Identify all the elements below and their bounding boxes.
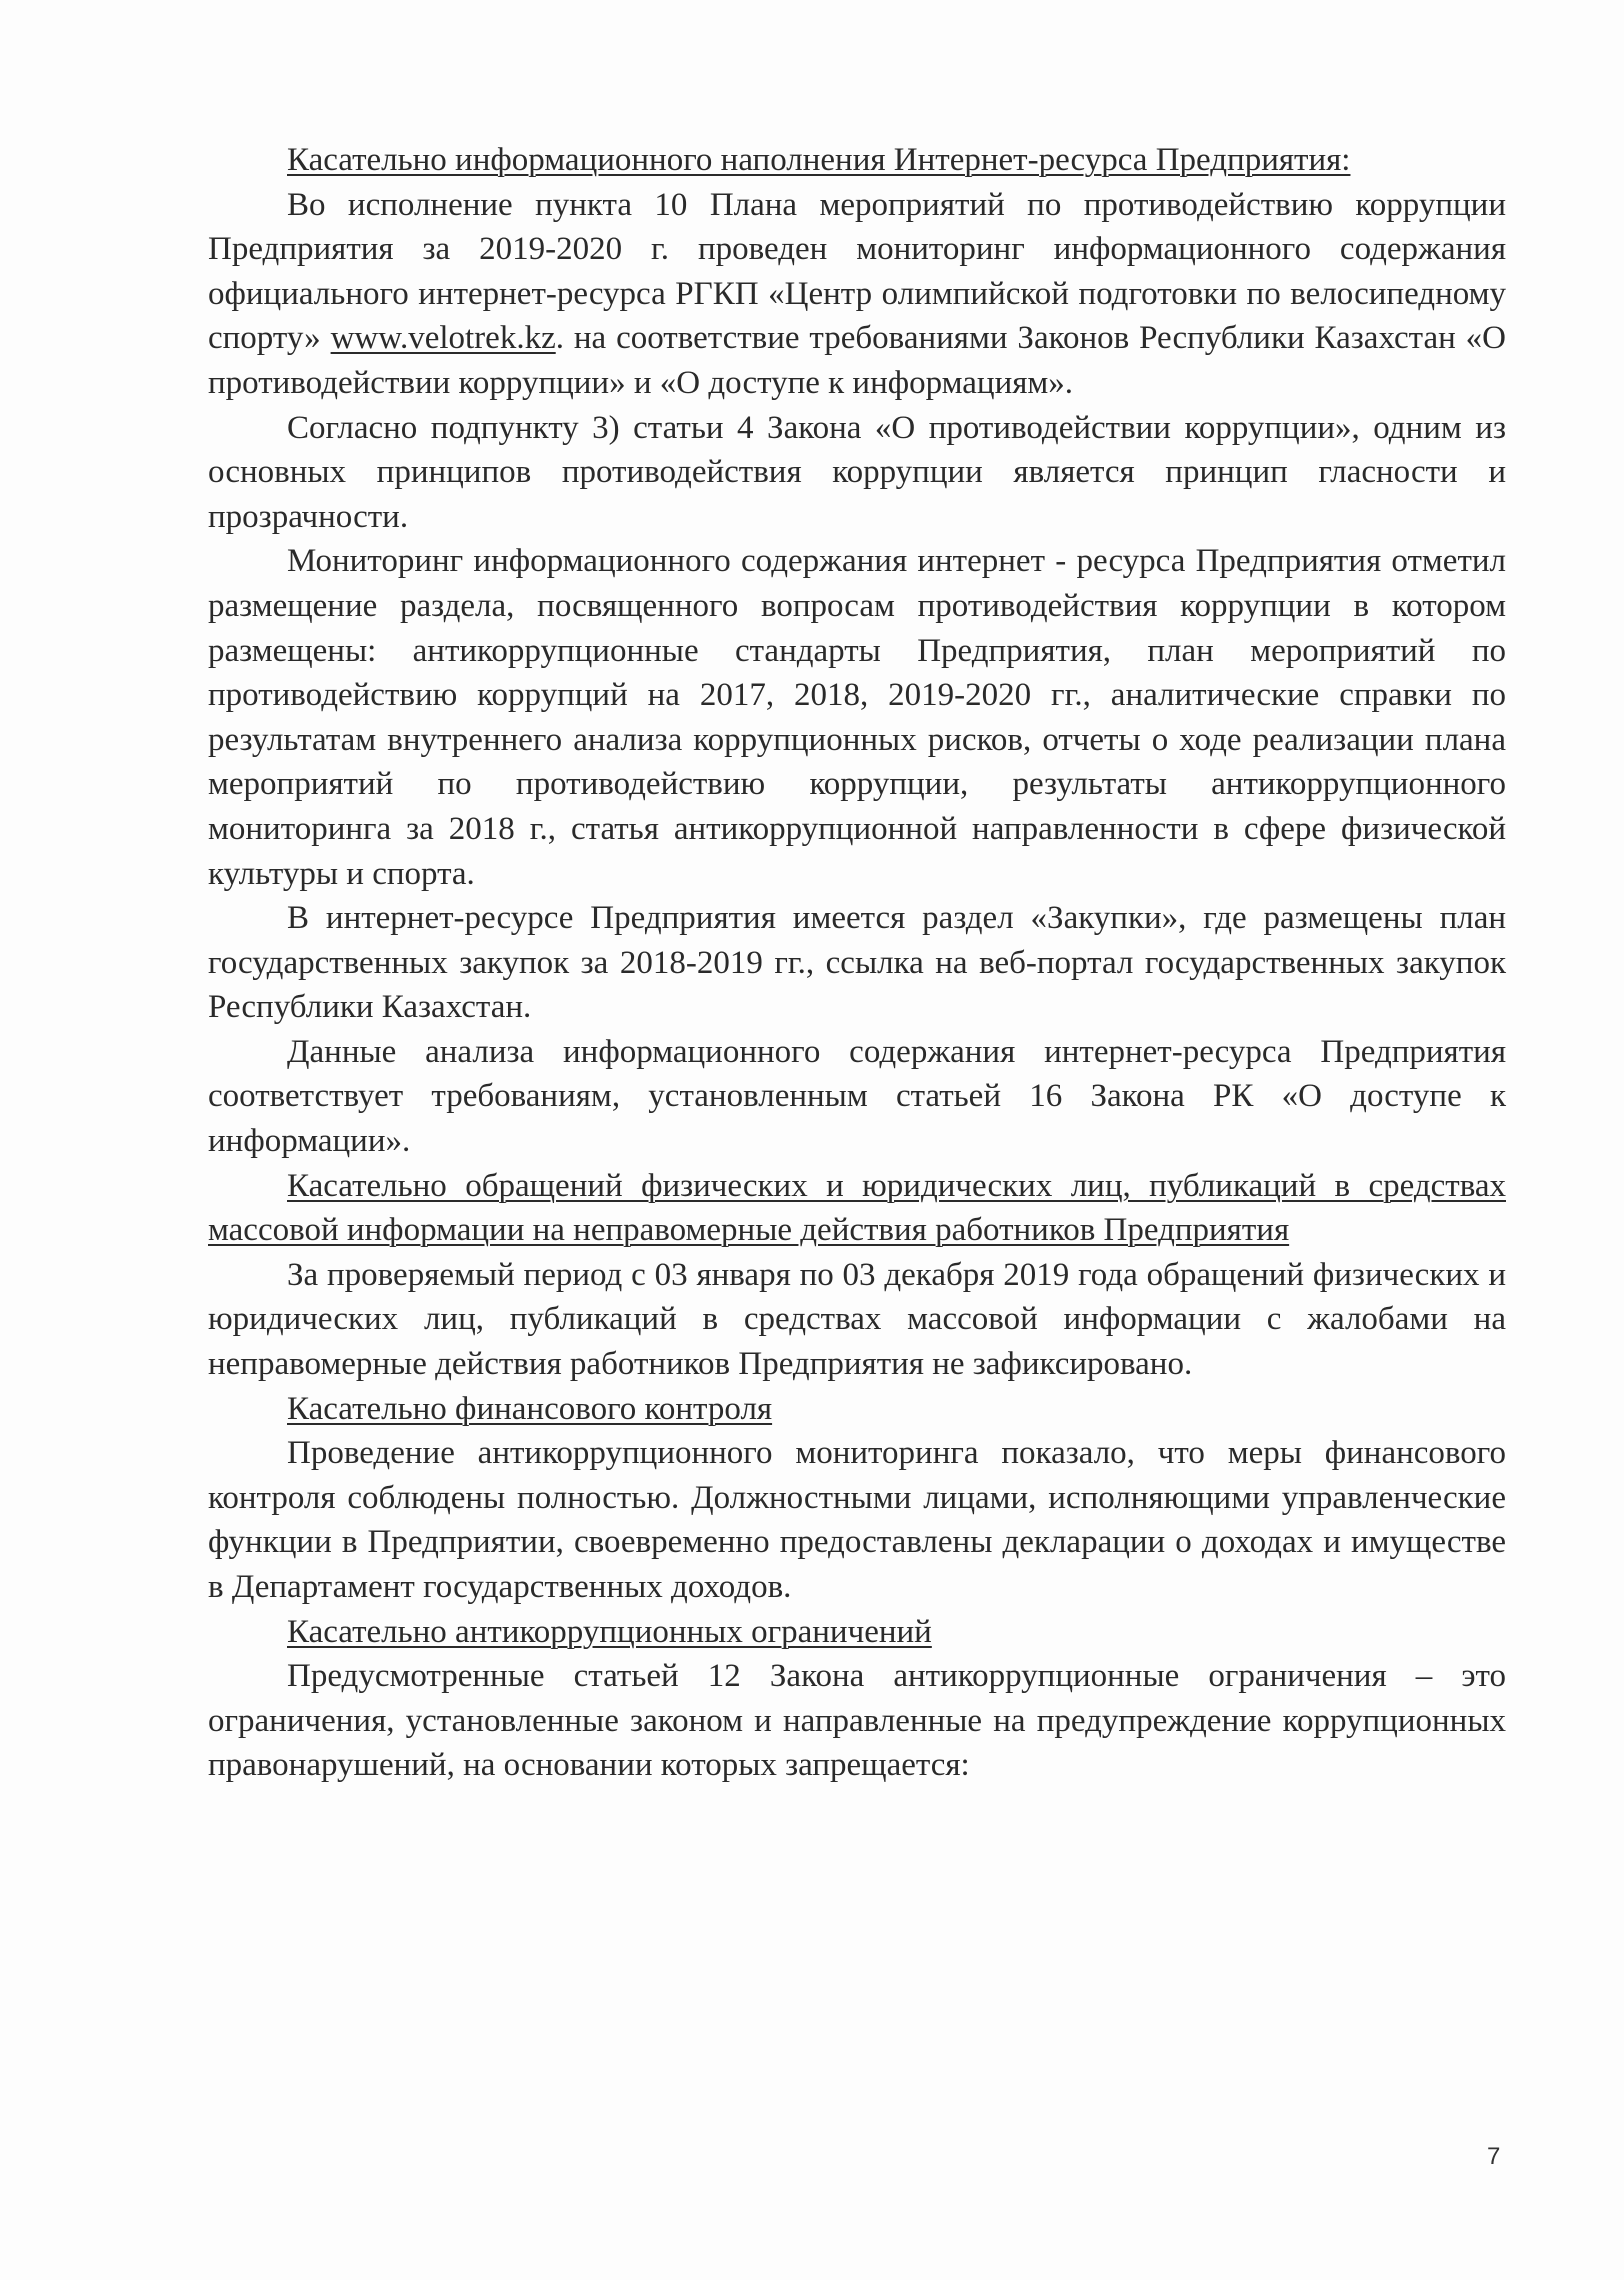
document-body: Касательно информационного наполнения Ин…	[208, 138, 1506, 1788]
paragraph-restrictions: Предусмотренные статьей 12 Закона антико…	[208, 1654, 1506, 1788]
section-heading-financial-control: Касательно финансового контроля	[208, 1387, 1506, 1432]
heading-text: Касательно финансового контроля	[287, 1391, 772, 1427]
heading-text: Касательно информационного наполнения Ин…	[287, 142, 1350, 178]
page-number: 7	[1487, 2143, 1500, 2171]
section-heading-internet-resource: Касательно информационного наполнения Ин…	[208, 138, 1506, 183]
section-heading-restrictions: Касательно антикоррупционных ограничений	[208, 1610, 1506, 1655]
heading-text: Касательно обращений физических и юридич…	[208, 1168, 1506, 1249]
paragraph-no-complaints: За проверяемый период с 03 января по 03 …	[208, 1253, 1506, 1387]
heading-text: Касательно антикоррупционных ограничений	[287, 1614, 932, 1650]
paragraph-transparency-principle: Согласно подпункту 3) статьи 4 Закона «О…	[208, 406, 1506, 540]
paragraph-anticorruption-section: Мониторинг информационного содержания ин…	[208, 539, 1506, 896]
paragraph-procurement-section: В интернет-ресурсе Предприятия имеется р…	[208, 896, 1506, 1030]
paragraph-compliance: Данные анализа информационного содержани…	[208, 1030, 1506, 1164]
document-page: Касательно информационного наполнения Ин…	[0, 0, 1624, 2280]
website-link[interactable]: www.velotrek.kz	[331, 320, 556, 356]
paragraph-monitoring-plan: Во исполнение пункта 10 Плана мероприяти…	[208, 183, 1506, 406]
section-heading-complaints: Касательно обращений физических и юридич…	[208, 1164, 1506, 1253]
paragraph-financial-control: Проведение антикоррупционного мониторинг…	[208, 1431, 1506, 1609]
